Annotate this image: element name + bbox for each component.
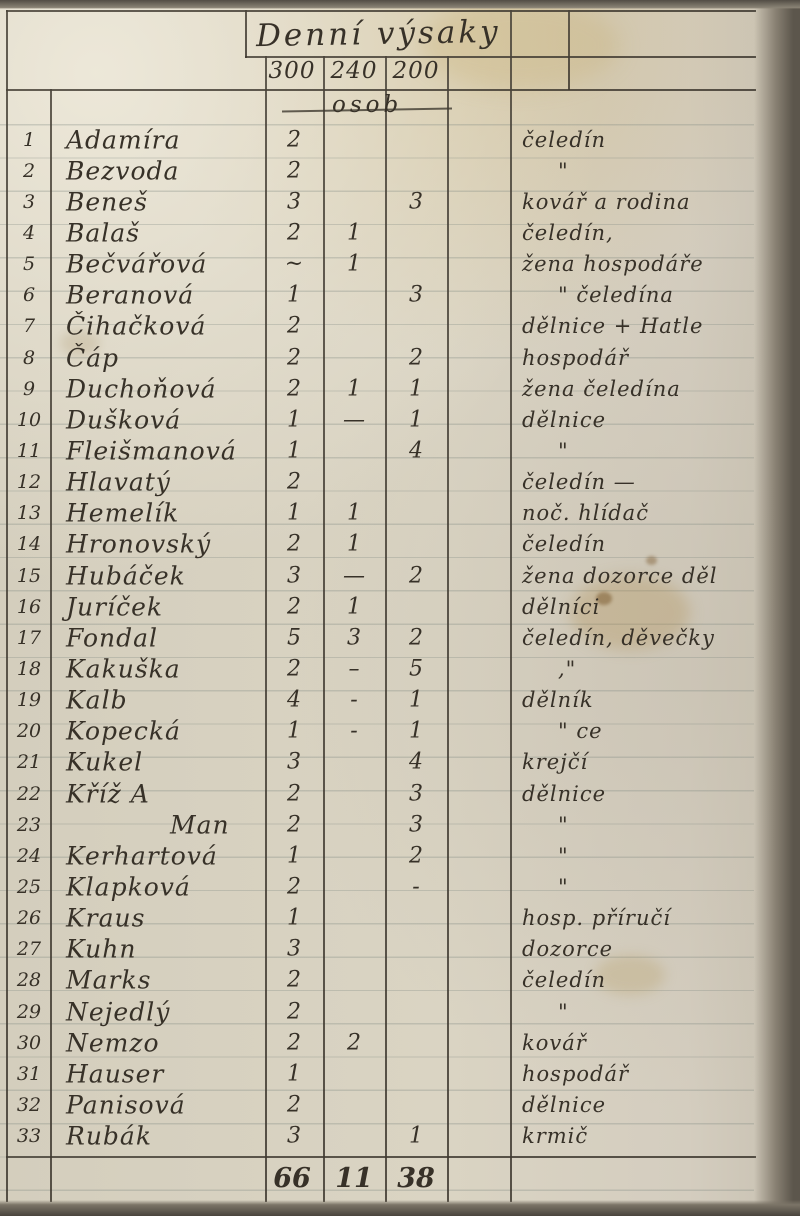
row-number: 4 (10, 222, 48, 244)
row-number: 29 (10, 1001, 48, 1023)
row-number: 17 (10, 627, 48, 649)
name-cell: Kopecká (66, 717, 181, 746)
table-row: 12Hlavatý2čeledín — (0, 467, 800, 498)
table-row: 9Duchoňová211žena čeledína (0, 373, 800, 404)
row-number: 18 (10, 658, 48, 680)
rate-240-cell: — (325, 407, 383, 432)
rate-200-cell: 3 (387, 189, 445, 214)
row-number: 31 (10, 1063, 48, 1085)
name-cell: Bezvoda (66, 156, 179, 185)
table-row: 29Nejedlý2" (0, 996, 800, 1027)
rate-300-cell: 2 (267, 999, 321, 1024)
note-cell: dělnice + Hatle (522, 314, 703, 338)
page-edge-top (0, 0, 800, 9)
name-cell: Duchoňová (66, 374, 216, 403)
note-cell: žena čeledína (522, 377, 681, 401)
rate-300-cell: ~ (267, 252, 321, 277)
rate-300-cell: 2 (267, 594, 321, 619)
note-cell: " (558, 159, 569, 183)
name-cell: Fleišmanová (66, 436, 237, 465)
rate-240-cell: 3 (325, 625, 383, 650)
row-number: 27 (10, 938, 48, 960)
rate-300-cell: 1 (267, 1061, 321, 1086)
name-cell: Beranová (66, 281, 194, 310)
row-number: 32 (10, 1094, 48, 1116)
note-cell: " (558, 813, 569, 837)
row-number: 30 (10, 1032, 48, 1054)
row-number: 1 (10, 129, 48, 151)
name-cell: Rubák (66, 1122, 152, 1151)
rate-300-cell: 3 (267, 189, 321, 214)
name-cell: Kakuška (66, 654, 181, 683)
rate-300-cell: 2 (267, 1030, 321, 1055)
table-row: 10Dušková1—1dělnice (0, 404, 800, 435)
rate-200-cell: 3 (387, 781, 445, 806)
rate-300-cell: 2 (267, 376, 321, 401)
grid-line (6, 89, 756, 91)
note-cell: hosp. příručí (522, 906, 671, 930)
table-row: 26Kraus1hosp. příručí (0, 903, 800, 934)
note-cell: čeledín (522, 968, 606, 992)
rate-300-cell: 2 (267, 781, 321, 806)
rate-200-cell: 5 (387, 656, 445, 681)
table-row: 4Balaš21čeledín, (0, 217, 800, 248)
note-cell: dělnice (522, 408, 606, 432)
row-number: 14 (10, 533, 48, 555)
rate-300-cell: 1 (267, 719, 321, 744)
note-cell: dělníci (522, 595, 600, 619)
rate-300-cell: 2 (267, 874, 321, 899)
rate-240-cell: 1 (325, 220, 383, 245)
rate-200-cell: 2 (387, 563, 445, 588)
rate-300-cell: 1 (267, 283, 321, 308)
note-cell: " (558, 439, 569, 463)
rate-300-cell: 2 (267, 470, 321, 495)
persons-label: osob (332, 92, 402, 118)
name-cell: Man (170, 810, 230, 839)
table-row: 5Bečvářová~1žena hospodáře (0, 249, 800, 280)
note-cell: čeledín, děvečky (522, 626, 715, 650)
rate-300-cell: 3 (267, 750, 321, 775)
name-cell: Hlavatý (66, 468, 171, 497)
page-edge-bottom (0, 1200, 800, 1216)
name-cell: Dušková (66, 405, 181, 434)
table-row: 8Čáp22hospodář (0, 342, 800, 373)
total-200: 38 (386, 1163, 446, 1194)
note-cell: kovář (522, 1031, 587, 1055)
rate-column-header-300: 300 (262, 58, 322, 84)
rate-300-cell: 2 (267, 968, 321, 993)
table-row: 33Rubák31krmič (0, 1121, 800, 1152)
rate-300-cell: 5 (267, 625, 321, 650)
rate-300-cell: 2 (267, 656, 321, 681)
table-row: 24Kerhartová12" (0, 840, 800, 871)
name-cell: Marks (66, 966, 151, 995)
table-row: 11Fleišmanová14" (0, 435, 800, 466)
rate-300-cell: 1 (267, 501, 321, 526)
note-cell: hospodář (522, 346, 629, 370)
table-row: 14Hronovský21čeledín (0, 529, 800, 560)
name-cell: Nemzo (66, 1028, 160, 1057)
note-cell: dělnice (522, 1093, 606, 1117)
table-row: 25Klapková2-" (0, 871, 800, 902)
row-number: 7 (10, 315, 48, 337)
name-cell: Kříž A (66, 779, 150, 808)
table-row: 3Beneš33kovář a rodina (0, 186, 800, 217)
page-edge-right (754, 0, 800, 1216)
note-cell: čeledín (522, 532, 606, 556)
table-row: 2Bezvoda2" (0, 155, 800, 186)
name-cell: Panisová (66, 1090, 186, 1119)
rate-200-cell: 3 (387, 812, 445, 837)
rate-240-cell: 1 (325, 532, 383, 557)
table-rows: 1Adamíra2čeledín2Bezvoda2"3Beneš33kovář … (0, 124, 800, 1152)
rate-300-cell: 3 (267, 563, 321, 588)
rate-200-cell: 4 (387, 750, 445, 775)
note-cell: dozorce (522, 937, 613, 961)
row-number: 33 (10, 1125, 48, 1147)
row-number: 28 (10, 969, 48, 991)
table-row: 22Kříž A23dělnice (0, 778, 800, 809)
rate-240-cell: 2 (325, 1030, 383, 1055)
note-cell: čeledín, (522, 221, 614, 245)
rate-200-cell: - (387, 874, 445, 899)
row-number: 19 (10, 689, 48, 711)
rate-300-cell: 3 (267, 937, 321, 962)
rate-300-cell: 1 (267, 906, 321, 931)
name-cell: Kuhn (66, 935, 136, 964)
table-row: 17Fondal532čeledín, děvečky (0, 622, 800, 653)
row-number: 5 (10, 253, 48, 275)
name-cell: Čihačková (66, 312, 206, 341)
total-300: 66 (262, 1163, 322, 1194)
name-cell: Kerhartová (66, 841, 218, 870)
grid-line (6, 1156, 756, 1158)
note-cell: žena dozorce děl (522, 564, 718, 588)
name-cell: Klapková (66, 872, 191, 901)
table-row: 32Panisová2dělnice (0, 1089, 800, 1120)
grid-line (245, 10, 247, 58)
name-cell: Adamíra (66, 125, 181, 154)
table-row: 27Kuhn3dozorce (0, 934, 800, 965)
table-row: 20Kopecká1-1" ce (0, 716, 800, 747)
row-number: 26 (10, 907, 48, 929)
note-cell: noč. hlídač (522, 501, 649, 525)
rate-200-cell: 4 (387, 438, 445, 463)
name-cell: Kukel (66, 748, 143, 777)
rate-240-cell: - (325, 688, 383, 713)
name-cell: Hubáček (66, 561, 186, 590)
rate-200-cell: 1 (387, 1124, 445, 1149)
table-title: Denní výsaky (256, 14, 501, 54)
note-cell: čeledín (522, 128, 606, 152)
rate-200-cell: 1 (387, 688, 445, 713)
row-number: 13 (10, 502, 48, 524)
row-number: 10 (10, 409, 48, 431)
rate-200-cell: 1 (387, 376, 445, 401)
rate-300-cell: 2 (267, 1092, 321, 1117)
name-cell: Nejedlý (66, 997, 170, 1026)
note-cell: žena hospodáře (522, 252, 704, 276)
rate-200-cell: 2 (387, 345, 445, 370)
rate-300-cell: 4 (267, 688, 321, 713)
rate-240-cell: 1 (325, 252, 383, 277)
rate-200-cell: 2 (387, 843, 445, 868)
row-number: 23 (10, 814, 48, 836)
note-cell: " (558, 1000, 569, 1024)
rate-300-cell: 2 (267, 532, 321, 557)
name-cell: Balaš (66, 218, 140, 247)
rate-300-cell: 3 (267, 1124, 321, 1149)
rate-200-cell: 2 (387, 625, 445, 650)
rate-240-cell: - (325, 719, 383, 744)
table-row: 7Čihačková2dělnice + Hatle (0, 311, 800, 342)
note-cell: " (558, 844, 569, 868)
rate-300-cell: 1 (267, 407, 321, 432)
row-number: 25 (10, 876, 48, 898)
note-cell: dělnice (522, 782, 606, 806)
rate-300-cell: 2 (267, 345, 321, 370)
rate-240-cell: — (325, 563, 383, 588)
table-row: 18Kakuška2–5," (0, 653, 800, 684)
rate-column-header-240: 240 (324, 58, 384, 84)
rate-300-cell: 2 (267, 314, 321, 339)
note-cell: hospodář (522, 1062, 629, 1086)
rate-200-cell: 3 (387, 283, 445, 308)
note-cell: " (558, 875, 569, 899)
rate-240-cell: 1 (325, 594, 383, 619)
name-cell: Fondal (66, 623, 158, 652)
row-number: 8 (10, 347, 48, 369)
note-cell: krejčí (522, 750, 588, 774)
table-row: 15Hubáček3—2žena dozorce děl (0, 560, 800, 591)
row-number: 15 (10, 565, 48, 587)
name-cell: Hronovský (66, 530, 211, 559)
row-number: 24 (10, 845, 48, 867)
row-number: 12 (10, 471, 48, 493)
rate-300-cell: 2 (267, 812, 321, 837)
row-number: 9 (10, 378, 48, 400)
note-cell: dělník (522, 688, 594, 712)
name-cell: Kalb (66, 686, 128, 715)
name-cell: Čáp (66, 343, 119, 372)
table-row: 30Nemzo22kovář (0, 1027, 800, 1058)
row-number: 20 (10, 720, 48, 742)
grid-line (6, 10, 756, 12)
table-row: 31Hauser1hospodář (0, 1058, 800, 1089)
row-number: 11 (10, 440, 48, 462)
row-number: 21 (10, 751, 48, 773)
rate-300-cell: 2 (267, 220, 321, 245)
rate-240-cell: 1 (325, 376, 383, 401)
rate-240-cell: 1 (325, 501, 383, 526)
table-row: 13Hemelík11noč. hlídač (0, 498, 800, 529)
note-cell: krmič (522, 1124, 588, 1148)
rate-200-cell: 1 (387, 407, 445, 432)
name-cell: Bečvářová (66, 250, 207, 279)
table-row: 19Kalb4-1dělník (0, 685, 800, 716)
rate-300-cell: 2 (267, 158, 321, 183)
name-cell: Juríček (66, 592, 163, 621)
row-number: 16 (10, 596, 48, 618)
grid-line (568, 10, 570, 90)
row-number: 6 (10, 284, 48, 306)
note-cell: kovář a rodina (522, 190, 691, 214)
table-row: 16Juríček21dělníci (0, 591, 800, 622)
table-row: 1Adamíra2čeledín (0, 124, 800, 155)
scanned-ledger-page: { "colors": { "ink": "#373128", "paper":… (0, 0, 800, 1216)
row-number: 22 (10, 783, 48, 805)
total-240: 11 (324, 1163, 384, 1194)
note-cell: " čeledína (558, 283, 674, 307)
table-row: 6Beranová13" čeledína (0, 280, 800, 311)
note-cell: ," (558, 657, 576, 681)
name-cell: Beneš (66, 187, 148, 216)
name-cell: Hemelík (66, 499, 179, 528)
rate-300-cell: 1 (267, 438, 321, 463)
note-cell: " ce (558, 719, 603, 743)
rate-200-cell: 1 (387, 719, 445, 744)
rate-300-cell: 1 (267, 843, 321, 868)
row-number: 3 (10, 191, 48, 213)
row-number: 2 (10, 160, 48, 182)
name-cell: Hauser (66, 1059, 164, 1088)
table-row: 28Marks2čeledín (0, 965, 800, 996)
rate-column-header-200: 200 (386, 58, 446, 84)
name-cell: Kraus (66, 904, 145, 933)
rate-300-cell: 2 (267, 127, 321, 152)
table-row: 23Man23" (0, 809, 800, 840)
table-row: 21Kukel34krejčí (0, 747, 800, 778)
note-cell: čeledín — (522, 470, 636, 494)
rate-240-cell: – (325, 656, 383, 681)
